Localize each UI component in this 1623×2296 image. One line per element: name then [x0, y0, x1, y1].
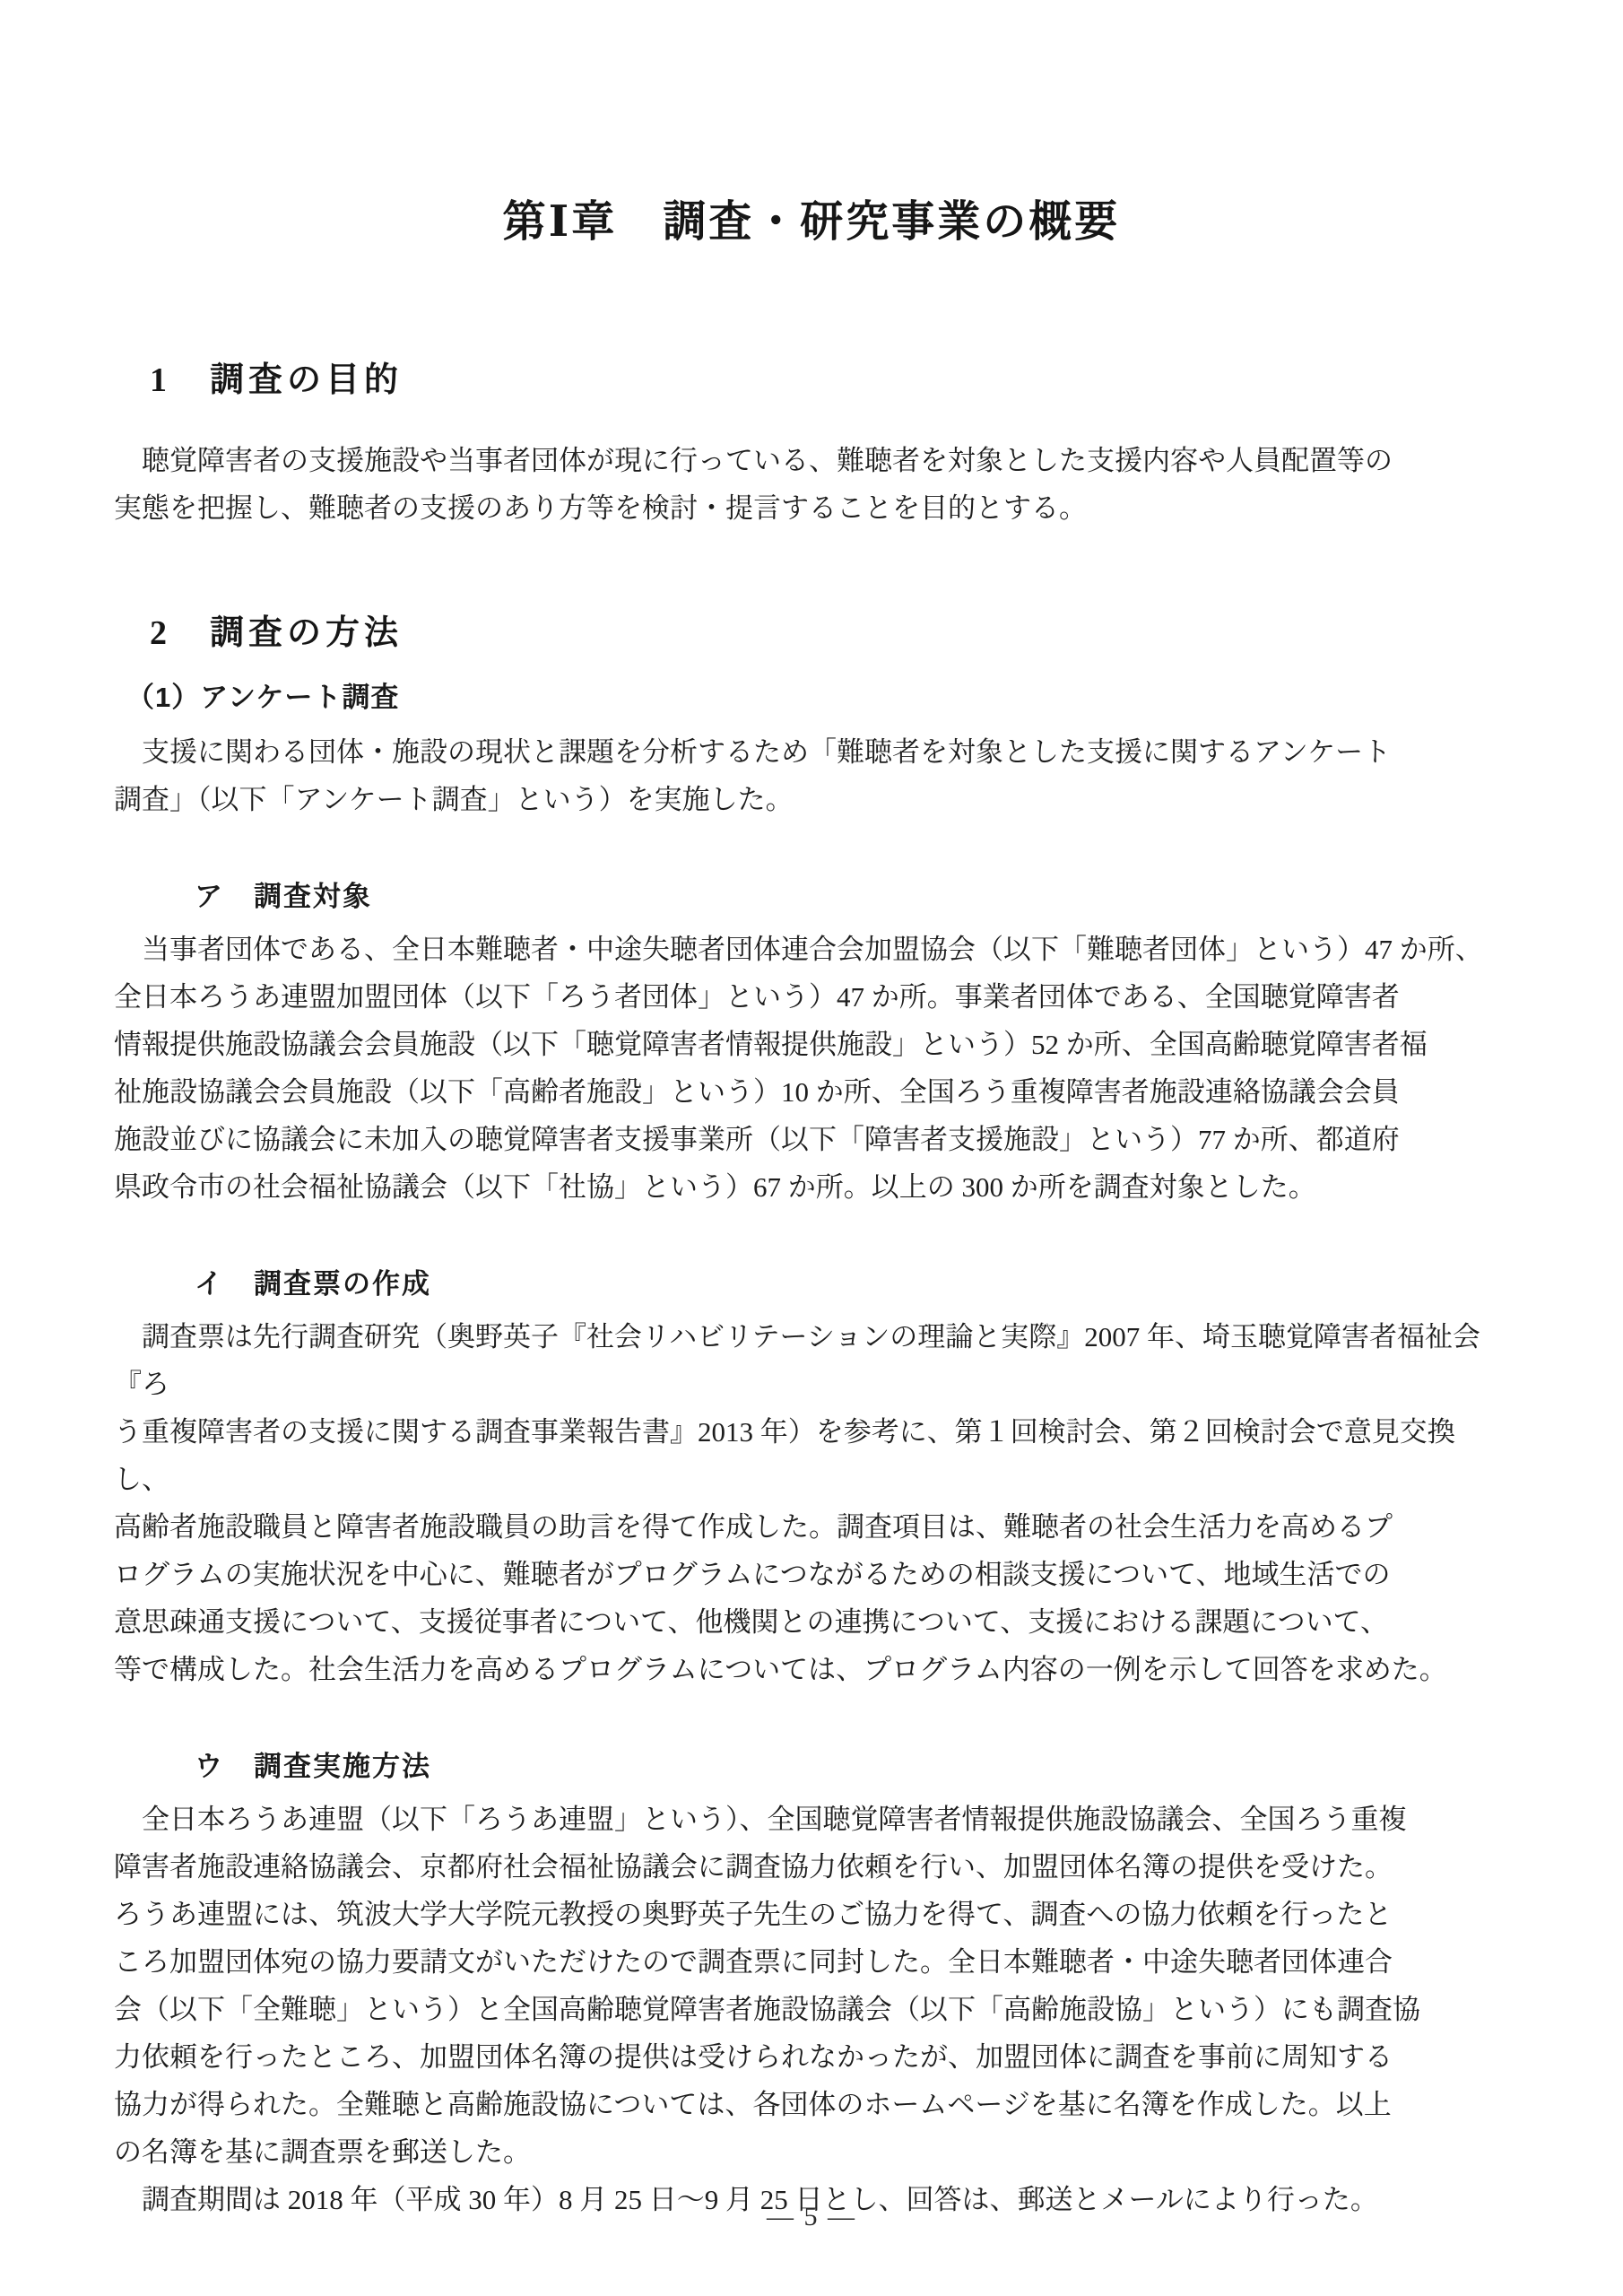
item-a-survey-targets-heading: ア 調査対象: [114, 877, 1509, 917]
section-2-heading: 2 調査の方法: [114, 612, 1509, 655]
item-u-survey-implementation-heading: ウ 調査実施方法: [114, 1747, 1509, 1787]
document-page: 第Ⅰ章 調査・研究事業の概要 1 調査の目的 聴覚障害者の支援施設や当事者団体が…: [0, 0, 1623, 2296]
section-1-heading: 1 調査の目的: [114, 359, 1509, 402]
item-a-survey-targets-body: 当事者団体である、全日本難聴者・中途失聴者団体連合会加盟協会（以下「難聴者団体」…: [114, 926, 1509, 1211]
item-i-questionnaire-creation-heading: イ 調査票の作成: [114, 1265, 1509, 1304]
subsection-questionnaire-body: 支援に関わる団体・施設の現状と課題を分析するため「難聴者を対象とした支援に関する…: [114, 728, 1509, 823]
section-1-body: 聴覚障害者の支援施設や当事者団体が現に行っている、難聴者を対象とした支援内容や人…: [114, 437, 1509, 532]
section-survey-method: 2 調査の方法 （1）アンケート調査 支援に関わる団体・施設の現状と課題を分析す…: [114, 612, 1509, 2223]
item-u-survey-implementation-body: 全日本ろうあ連盟（以下「ろうあ連盟」という）、全国聴覚障害者情報提供施設協議会、…: [114, 1796, 1509, 2176]
chapter-title: 第Ⅰ章 調査・研究事業の概要: [114, 196, 1509, 249]
subsection-questionnaire-heading: （1）アンケート調査: [114, 679, 1509, 717]
item-i-questionnaire-creation-body: 調査票は先行調査研究（奥野英子『社会リハビリテーションの理論と実際』2007 年…: [114, 1313, 1509, 1693]
section-survey-purpose: 1 調査の目的 聴覚障害者の支援施設や当事者団体が現に行っている、難聴者を対象と…: [114, 359, 1509, 532]
page-number: ― 5 ―: [0, 2199, 1623, 2235]
